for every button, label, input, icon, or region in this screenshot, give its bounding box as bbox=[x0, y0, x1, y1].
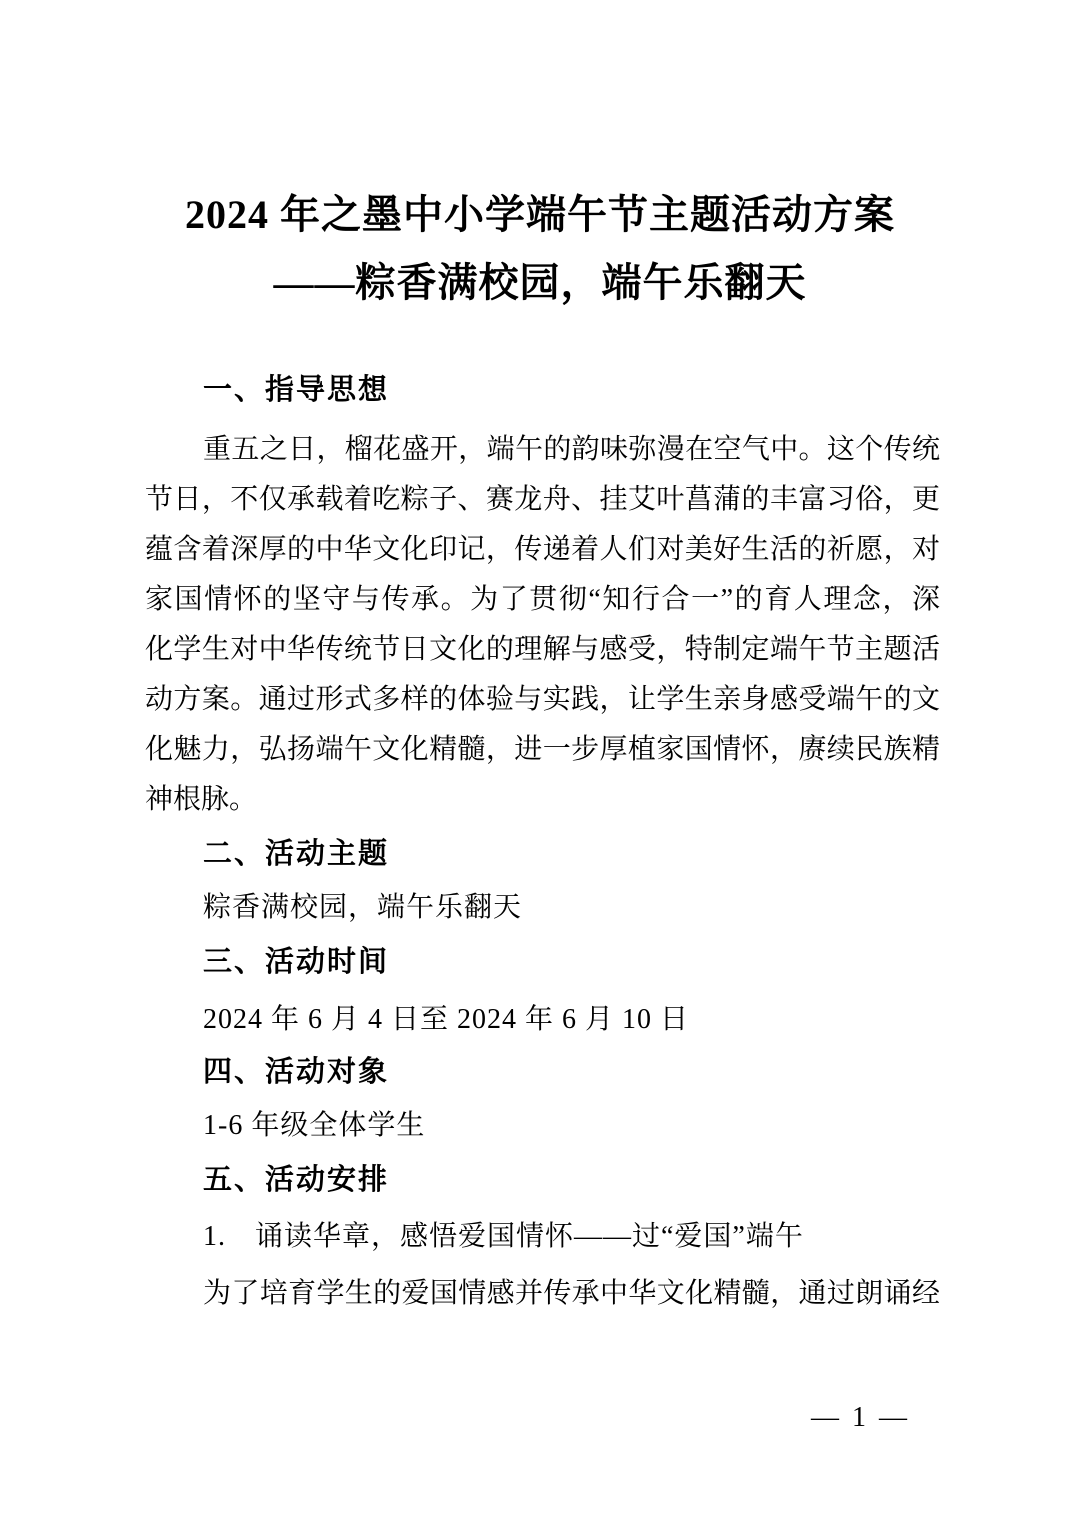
section-heading-3: 三、活动时间 bbox=[145, 935, 940, 989]
paragraph-line: 化魅力，弘扬端午文化精髓，进一步厚植家国情怀，赓续民族精 bbox=[145, 725, 940, 775]
paragraph-line: 神根脉。 bbox=[145, 775, 940, 825]
document-title-line1: 2024 年之墨中小学端午节主题活动方案 bbox=[0, 190, 1080, 240]
guiding-ideology-paragraph: 重五之日，榴花盛开，端午的韵味弥漫在空气中。这个传统 节日，不仅承载着吃粽子、赛… bbox=[145, 425, 940, 825]
activity-target-text: 1-6 年级全体学生 bbox=[145, 1099, 940, 1153]
document-title-line2: ——粽香满校园，端午乐翻天 bbox=[0, 258, 1080, 308]
activity-time-text: 2024 年 6 月 4 日至 2024 年 6 月 10 日 bbox=[145, 993, 940, 1047]
paragraph-line: 动方案。通过形式多样的体验与实践，让学生亲身感受端午的文 bbox=[145, 675, 940, 725]
section-heading-2: 二、活动主题 bbox=[145, 827, 940, 881]
arrangement-item-1: 1. 诵读华章，感悟爱国情怀——过“爱国”端午 bbox=[145, 1210, 940, 1264]
paragraph-line: 化学生对中华传统节日文化的理解与感受，特制定端午节主题活 bbox=[145, 625, 940, 675]
paragraph-line: 节日，不仅承载着吃粽子、赛龙舟、挂艾叶菖蒲的丰富习俗，更 bbox=[145, 475, 940, 525]
document-page: 2024 年之墨中小学端午节主题活动方案 ——粽香满校园，端午乐翻天 一、指导思… bbox=[0, 0, 1080, 1527]
paragraph-line: 蕴含着深厚的中华文化印记，传递着人们对美好生活的祈愿，对 bbox=[145, 525, 940, 575]
arrangement-item-1-paragraph-line: 为了培育学生的爱国情感并传承中华文化精髓，通过朗诵经 bbox=[145, 1267, 940, 1321]
section-heading-5: 五、活动安排 bbox=[145, 1153, 940, 1207]
paragraph-line: 重五之日，榴花盛开，端午的韵味弥漫在空气中。这个传统 bbox=[145, 425, 940, 475]
document-title: 2024 年之墨中小学端午节主题活动方案 ——粽香满校园，端午乐翻天 bbox=[0, 0, 1080, 308]
page-footer: — 1 — bbox=[145, 1398, 940, 1438]
section-heading-4: 四、活动对象 bbox=[145, 1045, 940, 1099]
page-number: — 1 — bbox=[811, 1402, 910, 1433]
activity-theme-text: 粽香满校园，端午乐翻天 bbox=[145, 881, 940, 935]
document-body: 一、指导思想 重五之日，榴花盛开，端午的韵味弥漫在空气中。这个传统 节日，不仅承… bbox=[145, 363, 940, 1321]
section-heading-1: 一、指导思想 bbox=[145, 363, 940, 417]
paragraph-line: 家国情怀的坚守与传承。为了贯彻“知行合一”的育人理念，深 bbox=[145, 575, 940, 625]
